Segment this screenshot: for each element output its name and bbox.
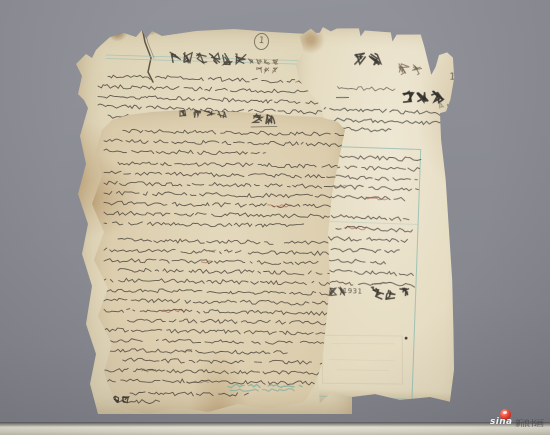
photo-of-manuscripts: 1 1 1931 sina 新浪书画 [0,0,550,435]
table-edge-strip [0,422,550,435]
signature-year: 1931 [343,287,363,296]
page-number: 1 [449,71,456,82]
watermark-brand: sina [490,417,513,427]
watermark-caption: 新浪书画 [515,418,543,429]
manuscript-page-left-front [88,104,350,416]
handwriting-left-front [88,104,350,416]
watermark: sina 新浪书画 [490,408,548,432]
